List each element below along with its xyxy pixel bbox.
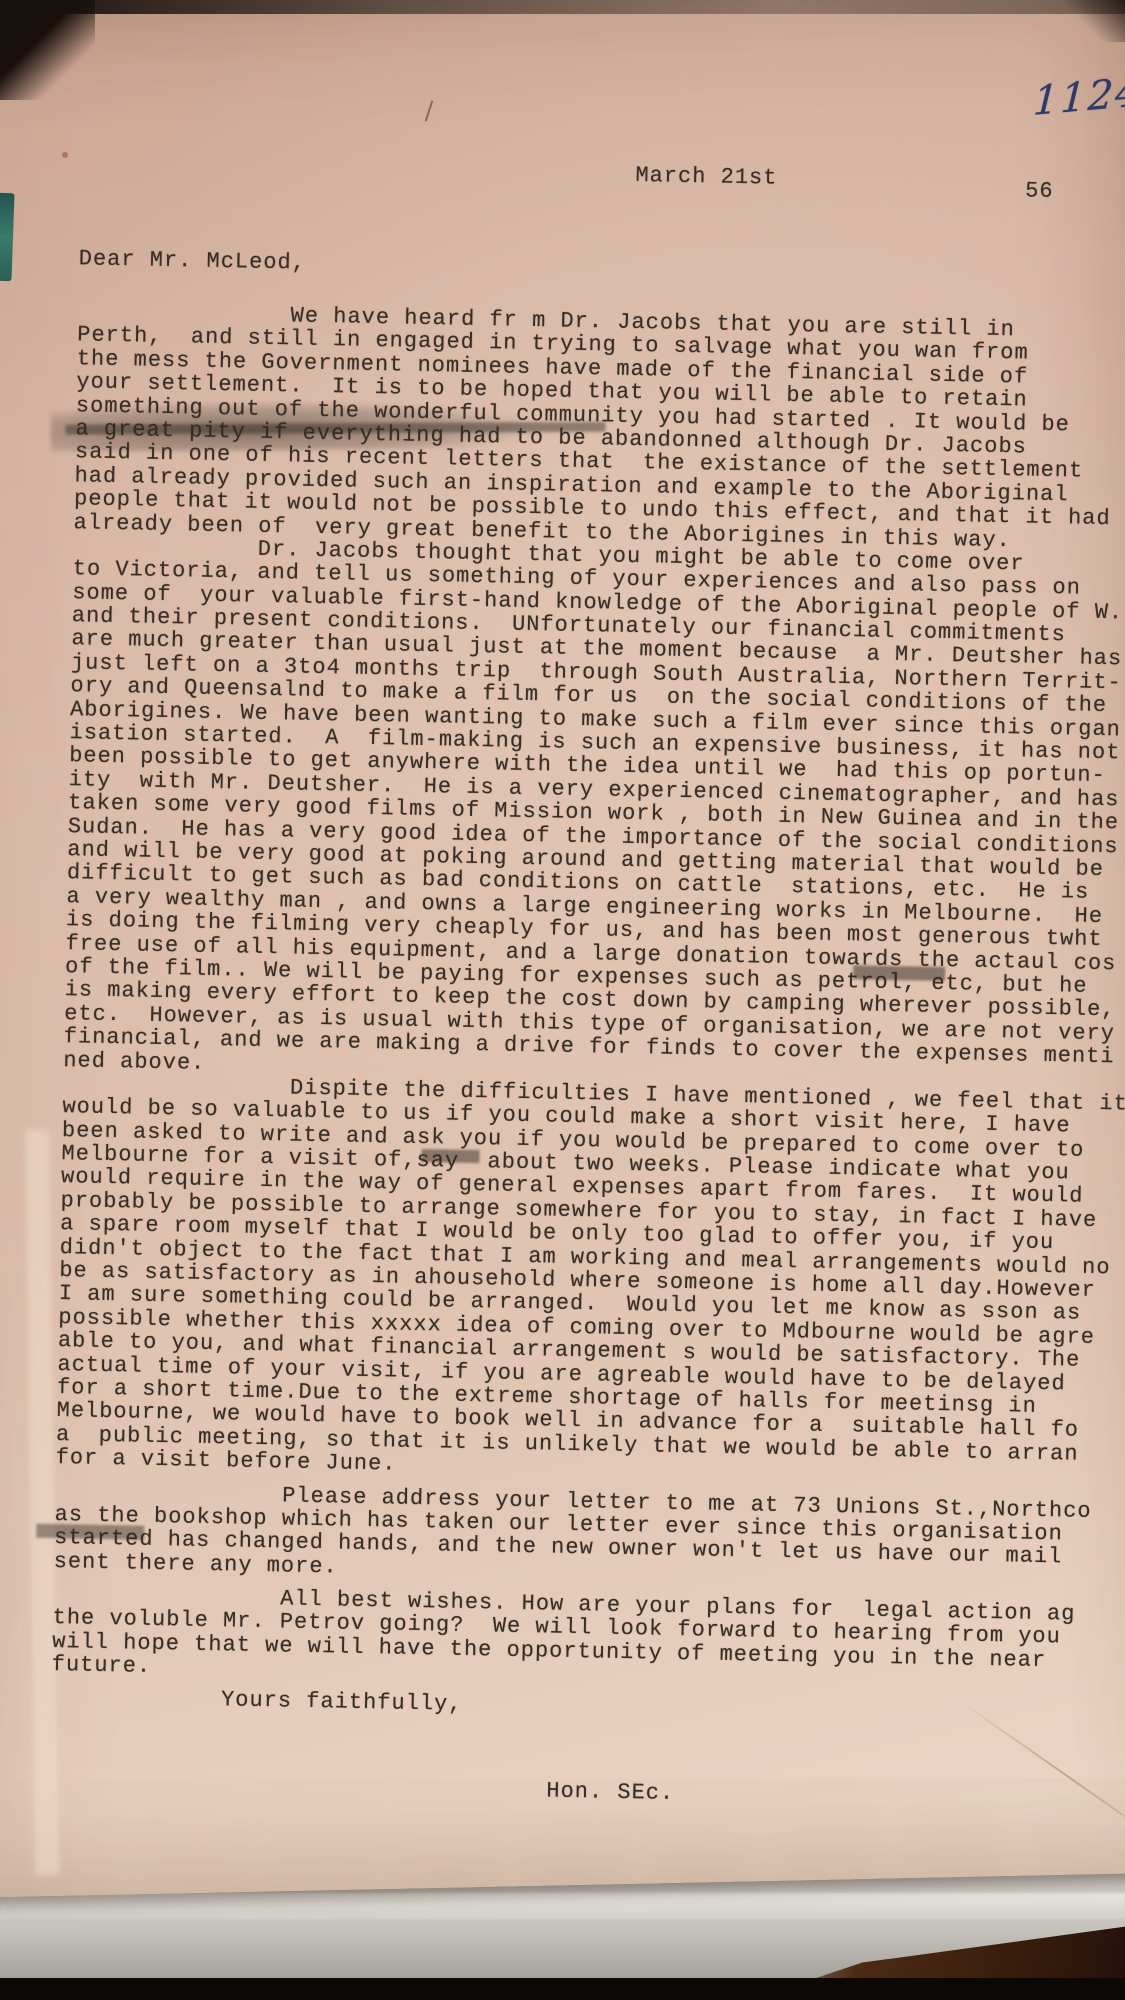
strikeout-say <box>421 1149 479 1163</box>
handwritten-page-number: 1124 <box>1032 69 1125 125</box>
typed-page-number: 56 <box>1025 178 1054 204</box>
signature: Hon. SEc. <box>49 1770 1125 1818</box>
strikeout-petrol <box>853 965 945 981</box>
strikeout-started <box>36 1524 144 1540</box>
salutation: Dear Mr. McLeod, <box>78 246 306 275</box>
paragraph: All best wishes. How are your plans for … <box>51 1583 1125 1702</box>
letter-body: We have heard fr m Dr. Jacobs that you a… <box>49 300 1125 1818</box>
photographed-letter-scene: 1124 March 21st 56 Dear Mr. McLeod, We h… <box>0 0 1125 2000</box>
paragraph: Dispite the difficulties I have mentione… <box>55 1072 1125 1495</box>
paragraph: Dr. Jacobs thought that you might be abl… <box>63 534 1125 1097</box>
typed-text-layer: March 21st 56 Dear Mr. McLeod, We have h… <box>0 0 1125 2000</box>
paragraph: Please address your letter to me at 73 U… <box>53 1480 1125 1599</box>
date: March 21st <box>635 163 777 191</box>
